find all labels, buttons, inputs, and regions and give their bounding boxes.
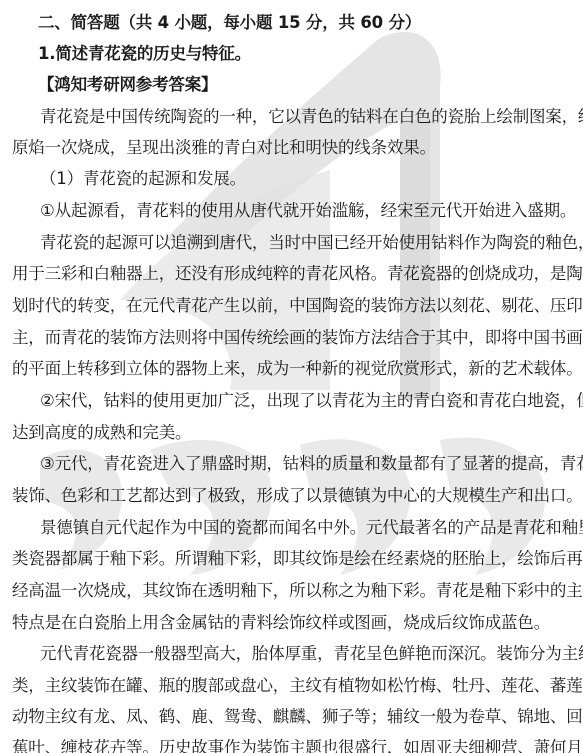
paragraph-line: 装饰、色彩和工艺都达到了极致，形成了以景德镇为中心的大规模生产和出口。 xyxy=(12,485,572,507)
paragraph-line: 景德镇自元代起作为中国的瓷都而闻名中外。元代最著名的产品是青花和釉里红，这两 xyxy=(40,517,572,539)
paragraph-line: 类，主纹装饰在罐、瓶的腹部或盘心，主纹有植物如松竹梅、牡丹、莲花、蕃莲、芭蕉等； xyxy=(12,675,572,697)
paragraph-line: 的平面上转移到立体的器物上来，成为一种新的视觉欣赏形式，新的艺术载体。 xyxy=(12,358,572,380)
paragraph-line: 元代青花瓷器一般器型高大，胎体厚重，青花呈色鲜艳而深沉。装饰分为主纹和辅纹两 xyxy=(40,643,572,665)
paragraph-line: 类瓷器都属于釉下彩。所谓釉下彩，即其纹饰是绘在经素烧的胚胎上，绘饰后再罩以透明釉… xyxy=(12,548,572,570)
paragraph-line: ②宋代，钴料的使用更加广泛，出现了以青花为主的青白瓷和青花白地瓷，但仍然没有 xyxy=(40,390,572,412)
paragraph-line: 原焰一次烧成，呈现出淡雅的青白对比和明快的线条效果。 xyxy=(12,137,572,159)
paragraph-line: 特点是在白瓷胎上用含金属钴的青料绘饰纹样或图画，烧成后纹饰成蓝色。 xyxy=(12,612,572,634)
question-title: 1.简述青花瓷的历史与特征。 xyxy=(38,43,583,65)
paragraph-line: 达到高度的成熟和完美。 xyxy=(12,422,572,444)
paragraph-line: 青花瓷是中国传统陶瓷的一种，它以青色的钴料在白色的瓷胎上绘制图案，经过高温还 xyxy=(40,106,572,128)
paragraph-line: 蕉叶、缠枝花卉等。历史故事作为装饰主题也很盛行，如周亚夫细柳营、萧何月下追韩信、 xyxy=(12,737,572,753)
paragraph-line: 用于三彩和白釉器上，还没有形成纯粹的青花风格。青花瓷器的创烧成功，是陶瓷史上一个 xyxy=(12,263,572,285)
answer-header: 【鸿知考研网参考答案】 xyxy=(38,74,583,96)
paragraph-line: 青花瓷的起源可以追溯到唐代，当时中国已经开始使用钴料作为陶瓷的釉色，但主要是 xyxy=(40,232,572,254)
paragraph-line: 动物主纹有龙、凤、鹤、鹿、鸳鸯、麒麟、狮子等；辅纹一般为卷草、锦地、回纹、云水、 xyxy=(12,706,572,728)
section-title: 二、简答题（共 4 小题，每小题 15 分，共 60 分） xyxy=(38,12,583,34)
paragraph-line: 主，而青花的装饰方法则将中国传统绘画的装饰方法结合于其中，即将中国书画艺术从纸帛 xyxy=(12,327,572,349)
subsection-heading: （1）青花瓷的起源和发展。 xyxy=(40,168,572,190)
paragraph-line: 经高温一次烧成，其纹饰在透明釉下，所以称之为釉下彩。青花是釉下彩中的主要品种，其 xyxy=(12,580,572,602)
paragraph-line: ①从起源看，青花料的使用从唐代就开始滥觞，经宋至元代开始进入盛期。 xyxy=(40,200,572,222)
paragraph-line: ③元代，青花瓷进入了鼎盛时期，钴料的质量和数量都有了显著的提高，青花瓷的造型、 xyxy=(40,453,572,475)
paragraph-line: 划时代的转变，在元代青花产生以前，中国陶瓷的装饰方法以刻花、剔花、压印花、贴花为 xyxy=(12,295,572,317)
